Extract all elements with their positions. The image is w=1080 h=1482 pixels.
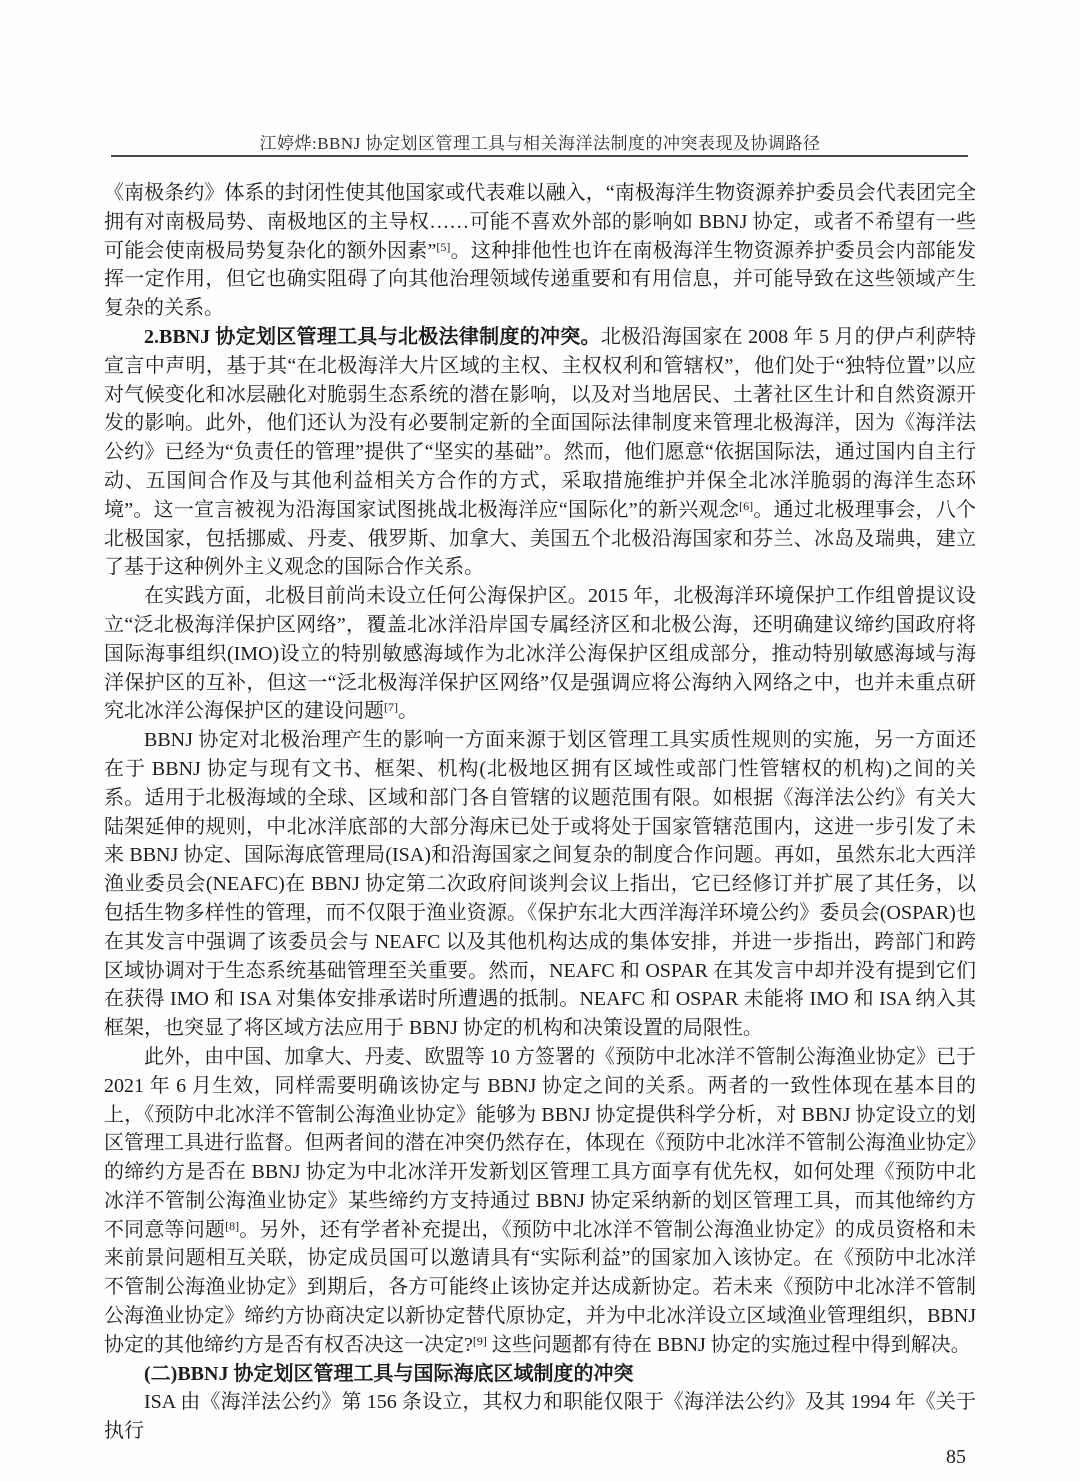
paragraph: BBNJ 协定对北极治理产生的影响一方面来源于划区管理工具实质性规则的实施，另一… — [104, 726, 976, 1043]
text-run: 在实践方面，北极目前尚未设立任何公海保护区。2015 年，北极海洋环境保护工作组… — [104, 585, 976, 722]
paragraph: 《南极条约》体系的封闭性使其他国家或代表难以融入，“南极海洋生物资源养护委员会代… — [104, 179, 976, 323]
bold-run: 2.BBNJ 协定划区管理工具与北极法律制度的冲突。 — [144, 326, 601, 348]
running-header: 江婷烨:BBNJ 协定划区管理工具与相关海洋法制度的冲突表现及协调路径 — [0, 129, 1080, 154]
text-run: 。 — [398, 700, 418, 722]
text-run: BBNJ 协定对北极治理产生的影响一方面来源于划区管理工具实质性规则的实施，另一… — [104, 729, 976, 1039]
footnote-ref: [5] — [436, 240, 450, 254]
bold-run: (二)BBNJ 协定划区管理工具与国际海底区域制度的冲突 — [144, 1363, 633, 1385]
paragraph: ISA 由《海洋法公约》第 156 条设立，其权力和职能仅限于《海洋法公约》及其… — [104, 1388, 976, 1446]
text-run: 北极沿海国家在 2008 年 5 月的伊卢利萨特宣言中声明，基于其“在北极海洋大… — [104, 326, 976, 521]
paragraph: 在实践方面，北极目前尚未设立任何公海保护区。2015 年，北极海洋环境保护工作组… — [104, 582, 976, 726]
text-run: 此外，由中国、加拿大、丹麦、欧盟等 10 方签署的《预防中北冰洋不管制公海渔业协… — [104, 1046, 976, 1241]
scanned-paper-page: 江婷烨:BBNJ 协定划区管理工具与相关海洋法制度的冲突表现及协调路径 《南极条… — [0, 0, 1080, 1482]
header-rule — [111, 155, 968, 157]
footnote-ref: [6] — [739, 499, 753, 513]
footnote-ref: [8] — [225, 1219, 239, 1233]
page-number: 85 — [946, 1446, 966, 1469]
section-heading: (二)BBNJ 协定划区管理工具与国际海底区域制度的冲突 — [104, 1360, 976, 1389]
text-run: 这些问题都有待在 BBNJ 协定的实施过程中得到解决。 — [487, 1334, 971, 1356]
text-run: ISA 由《海洋法公约》第 156 条设立，其权力和职能仅限于《海洋法公约》及其… — [104, 1391, 976, 1442]
footnote-ref: [9] — [473, 1334, 487, 1348]
footnote-ref: [7] — [384, 700, 398, 714]
paragraph: 此外，由中国、加拿大、丹麦、欧盟等 10 方签署的《预防中北冰洋不管制公海渔业协… — [104, 1043, 976, 1360]
paragraph: 2.BBNJ 协定划区管理工具与北极法律制度的冲突。北极沿海国家在 2008 年… — [104, 323, 976, 582]
body-paragraphs: 《南极条约》体系的封闭性使其他国家或代表难以融入，“南极海洋生物资源养护委员会代… — [104, 179, 976, 1446]
